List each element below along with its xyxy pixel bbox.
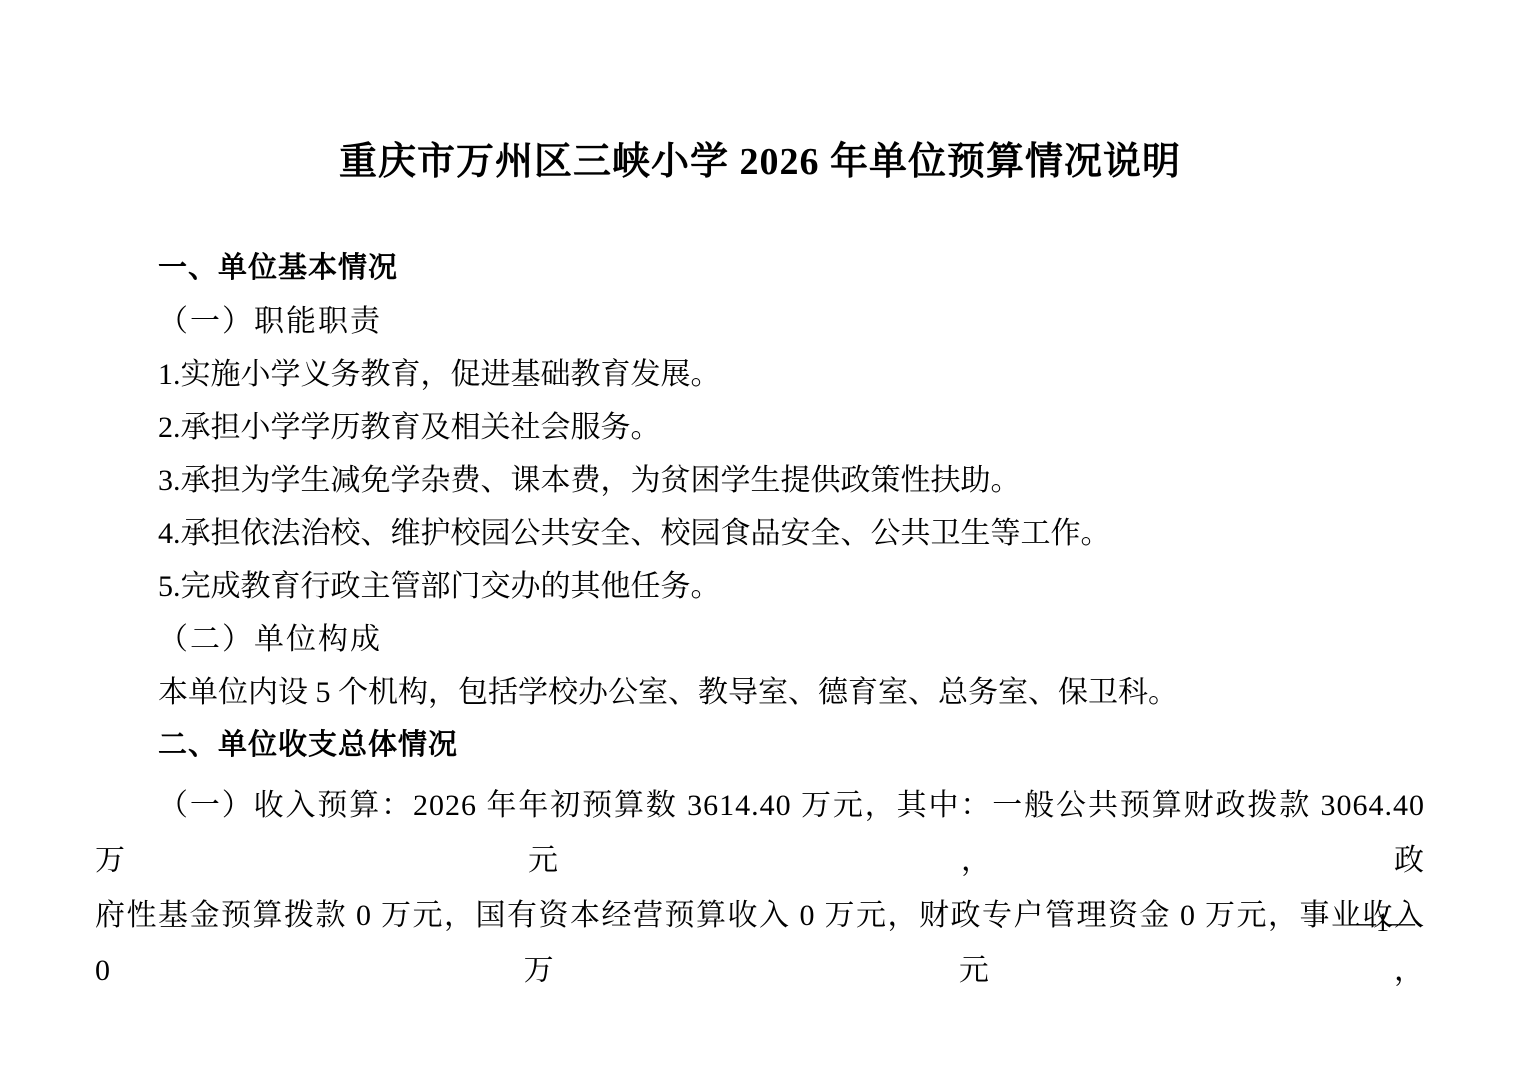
page-number: —1— [1350,908,1415,938]
document-body: 一、单位基本情况 （一）职能职责 1.实施小学义务教育，促进基础教育发展。 2.… [95,242,1425,998]
income-budget-line-1: （一）收入预算：2026 年年初预算数 3614.40 万元，其中：一般公共预算… [95,778,1425,888]
unit-composition-text: 本单位内设 5 个机构，包括学校办公室、教导室、德育室、总务室、保卫科。 [95,666,1425,719]
subsection-1-2-heading: （二）单位构成 [95,613,1425,666]
duty-item-5: 5.完成教育行政主管部门交办的其他任务。 [95,560,1425,613]
section-1-heading: 一、单位基本情况 [95,242,1425,295]
subsection-1-1-heading: （一）职能职责 [95,295,1425,348]
document-page: 重庆市万州区三峡小学 2026 年单位预算情况说明 一、单位基本情况 （一）职能… [0,0,1520,1074]
document-title: 重庆市万州区三峡小学 2026 年单位预算情况说明 [0,130,1520,185]
income-budget-line-2: 府性基金预算拨款 0 万元，国有资本经营预算收入 0 万元，财政专户管理资金 0… [95,888,1425,998]
duty-item-4: 4.承担依法治校、维护校园公共安全、校园食品安全、公共卫生等工作。 [95,507,1425,560]
duty-item-1: 1.实施小学义务教育，促进基础教育发展。 [95,348,1425,401]
duty-item-3: 3.承担为学生减免学杂费、课本费，为贫困学生提供政策性扶助。 [95,454,1425,507]
duty-item-2: 2.承担小学学历教育及相关社会服务。 [95,401,1425,454]
section-2-heading: 二、单位收支总体情况 [95,719,1425,772]
